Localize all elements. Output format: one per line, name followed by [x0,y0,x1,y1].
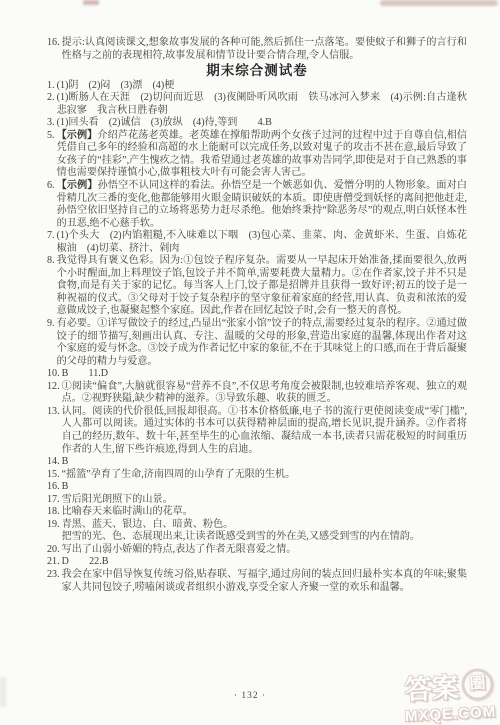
answer-number: 20. [47,544,60,557]
answer-text: 写出了山弱小娇媚的特点,表达了作者无限喜爱之情。 [62,544,467,557]
answer-text: 我觉得具有褒义色彩。因为:①包饺子程序复杂。需要从一早起床开始准备,揉面要很久,… [57,255,467,318]
answer-text: 我会在家中倡导恢复传统习俗,贴春联、写福字,通过房间的装点回归最朴实本真的年味;… [62,569,467,594]
watermark-site-url: MXQE.COM [404,704,496,725]
answer-text: B [62,456,467,469]
answer-item: 10.B 11.D [47,368,467,381]
answer-number: 21. [47,556,60,569]
answer-number: 17. [47,494,60,507]
answer-number: 3. [47,117,55,130]
answer-number: 18. [47,506,60,519]
scan-artifact-top-left [83,0,99,5]
answers-content: 16.提示:认真阅读课文,想象故事发展的各种可能,然后抓住一点落笔。要使蚊子和狮… [47,37,467,594]
answer-number: 2. [47,92,55,117]
answer-number: 13. [47,406,60,456]
scan-artifact-top-right [380,0,498,6]
previous-test-tail-answers: 16.提示:认真阅读课文,想象故事发展的各种可能,然后抓住一点落笔。要使蚊子和狮… [47,37,467,62]
answer-item: 7.(1)个头大 (2)内馅粗糙,不入味难以下咽 (3)包心菜、韭菜、肉、金黄虾… [47,230,467,255]
watermark-circle-badge: 圈 [461,667,495,701]
answer-item: 16.提示:认真阅读课文,想象故事发展的各种可能,然后抓住一点落笔。要使蚊子和狮… [47,37,467,62]
answer-number: 19. [47,519,60,544]
answer-text: 提示:认真阅读课文,想象故事发展的各种可能,然后抓住一点落笔。要使蚊子和狮子的言… [62,37,467,62]
answer-text: 雪后阳光朗照下的山景。 [62,494,467,507]
answer-text: 有必要。①详写做饺子的经过,凸显出“张家小馆”饺子的特点,需要经过复杂的程序。②… [57,318,467,368]
answer-item: 17.雪后阳光朗照下的山景。 [47,494,467,507]
answer-number: 9. [47,318,55,368]
answer-number: 16. [47,37,60,62]
answer-number: 12. [47,381,60,406]
answer-number: 10. [47,368,60,381]
answer-item: 2.(1)断肠人在天涯 (2)切问而近思 (3)夜阑卧听风吹雨 铁马冰河入梦来 … [47,92,467,117]
final-test-answers: 1.(1)阴 (2)闷 (3)漂 (4)梗2.(1)断肠人在天涯 (2)切问而近… [47,80,467,594]
scanned-answer-page: 16.提示:认真阅读课文,想象故事发展的各种可能,然后抓住一点落笔。要使蚊子和狮… [0,0,500,725]
answer-number: 6. [47,180,55,230]
answer-text: B [62,481,467,494]
answer-number: 23. [47,569,60,594]
answer-item: 9.有必要。①详写做饺子的经过,凸显出“张家小馆”饺子的特点,需要经过复杂的程序… [47,318,467,368]
answer-item: 14.B [47,456,467,469]
answer-item: 20.写出了山弱小娇媚的特点,表达了作者无限喜爱之情。 [47,544,467,557]
answer-text: 【示例】介绍芦花荡老英雄。老英雄在撑船帮助两个女孩子过河的过程中过于自尊自信,相… [57,130,467,180]
answer-item: 3.(1)回头看 (2)诚信 (3)放纵 (4)待,等到 4.B [47,117,467,130]
watermark-logo: 答案圈 MXQE.COM [402,664,496,725]
answer-item: 12.①阅读“偏食”,大脑就很容易“营养不良”,不仅思考角度会被限制,也较难培养… [47,381,467,406]
answer-number: 8. [47,255,55,318]
answer-text: ①阅读“偏食”,大脑就很容易“营养不良”,不仅思考角度会被限制,也较难培养客观、… [62,381,467,406]
answer-item: 18.比喻春天来临时满山的花草。 [47,506,467,519]
answer-number: 1. [47,80,55,93]
answer-item: 16.B [47,481,467,494]
answer-item: 15.“摇篮”孕育了生命,济南四周的山孕育了无限的生机。 [47,469,467,482]
answer-item: 6.【示例】孙悟空不认同这样的看法。孙悟空是一个嫉恶如仇、爱憎分明的人物形象。面… [47,180,467,230]
answer-item: 5.【示例】介绍芦花荡老英雄。老英雄在撑船帮助两个女孩子过河的过程中过于自尊自信… [47,130,467,180]
answer-item: 21.D 22.B [47,556,467,569]
answer-text: 青黑、蓝天、银边、白、暗黄、粉色。 把雪的光、色、态展现出来,让读者既感受到雪的… [62,519,467,544]
answer-text: (1)阴 (2)闷 (3)漂 (4)梗 [57,80,467,93]
answer-number: 15. [47,469,60,482]
answer-item: 23.我会在家中倡导恢复传统习俗,贴春联、写福字,通过房间的装点回归最朴实本真的… [47,569,467,594]
answer-text: (1)个头大 (2)内馅粗糙,不入味难以下咽 (3)包心菜、韭菜、肉、金黄虾米、… [57,230,467,255]
watermark-brand-text: 答案 [403,666,459,708]
answer-item: 13.认同。阅读的代价很低,回报却很高。①书本价格低廉,电子书的流行更使阅读变成… [47,406,467,456]
answer-number: 14. [47,456,60,469]
answer-text: (1)断肠人在天涯 (2)切问而近思 (3)夜阑卧听风吹雨 铁马冰河入梦来 (4… [57,92,467,117]
answer-item: 1.(1)阴 (2)闷 (3)漂 (4)梗 [47,80,467,93]
answer-number: 16. [47,481,60,494]
answer-text: B 11.D [62,368,467,381]
answer-text: 认同。阅读的代价很低,回报却很高。①书本价格低廉,电子书的流行更使阅读变成“零门… [62,406,467,456]
answer-text: D 22.B [62,556,467,569]
page-title: 期末综合测试卷 [47,65,467,78]
answer-number: 5. [47,130,55,180]
answer-text: “摇篮”孕育了生命,济南四周的山孕育了无限的生机。 [62,469,467,482]
answer-number: 7. [47,230,55,255]
answer-text: (1)回头看 (2)诚信 (3)放纵 (4)待,等到 4.B [57,117,467,130]
watermark-brand: 答案圈 [402,664,495,708]
answer-text: 【示例】孙悟空不认同这样的看法。孙悟空是一个嫉恶如仇、爱憎分明的人物形象。面对白… [57,180,467,230]
answer-item: 19.青黑、蓝天、银边、白、暗黄、粉色。 把雪的光、色、态展现出来,让读者既感受… [47,519,467,544]
answer-text: 比喻春天来临时满山的花草。 [62,506,467,519]
answer-item: 8.我觉得具有褒义色彩。因为:①包饺子程序复杂。需要从一早起床开始准备,揉面要很… [47,255,467,318]
